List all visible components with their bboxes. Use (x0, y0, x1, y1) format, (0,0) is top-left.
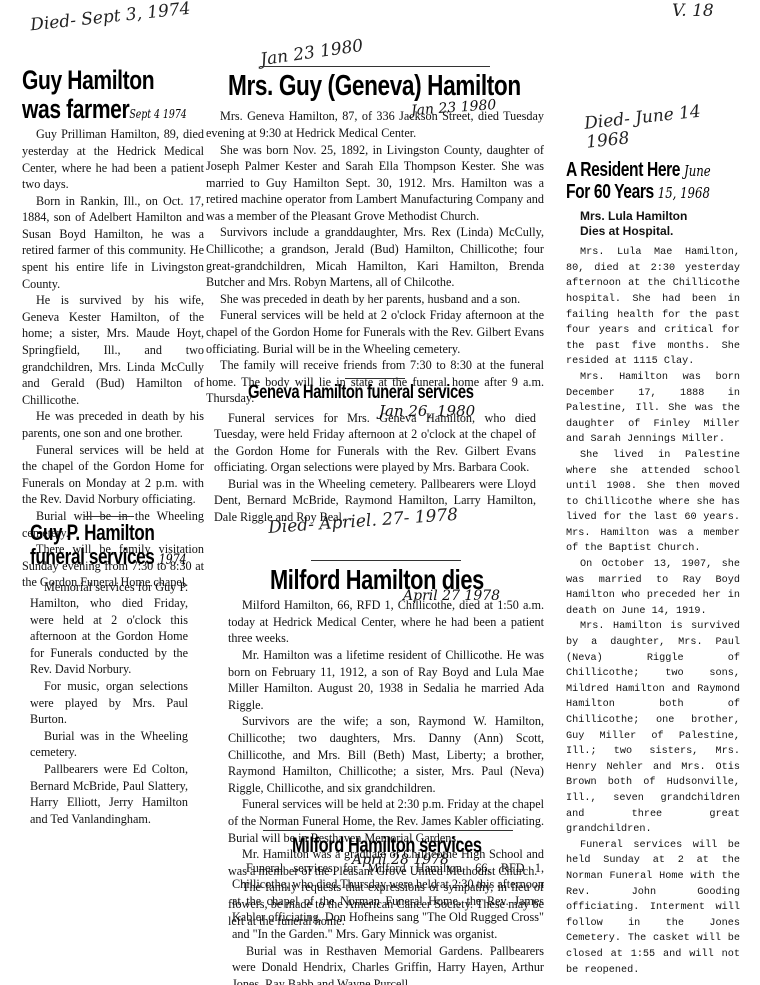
paragraph: Pallbearers were Ed Colton, Bernard McBr… (30, 761, 188, 827)
headline: Geneva Hamilton funeral services (248, 383, 473, 404)
paragraph: Funeral services will be held at 2 o'clo… (206, 307, 544, 357)
headline-line-2: was farmer (22, 94, 129, 124)
handwritten-date: 1974 (159, 552, 187, 568)
paragraph: She lived in Palestine where she attende… (566, 448, 740, 557)
clipping-guy-p-hamilton-services: Guy P. Hamilton funeral services 1974 Me… (30, 516, 188, 827)
paragraph: Survivors include a granddaughter, Mrs. … (206, 224, 544, 290)
note-text: Died- June 14 1968 (583, 102, 701, 153)
paragraph: He was preceded in death by his parents,… (22, 408, 204, 441)
paragraph: Funeral services for Milford Hamilton, 6… (232, 860, 544, 943)
paragraph: Mr. Hamilton was a lifetime resident of … (228, 647, 544, 713)
handwritten-note-volume: V. 18 (672, 2, 714, 21)
paragraph: Milford Hamilton, 66, RFD 1, Chillicothe… (228, 597, 544, 647)
headline: Mrs. Guy (Geneva) Hamilton (228, 71, 474, 102)
paragraph: Mrs. Lula Mae Hamilton, 80, died at 2:30… (566, 245, 740, 370)
paragraph: She was preceded in death by her parents… (206, 291, 544, 308)
article-body: Funeral services for Mrs. Geneva Hamilto… (214, 410, 536, 526)
subheadline: Mrs. Lula Hamilton Dies at Hospital. (580, 209, 740, 239)
paragraph: Burial was in the Wheeling cemetery. (30, 728, 188, 761)
paragraph: He is survived by his wife, Geneva Keste… (22, 292, 204, 408)
handwritten-date: April 27 1978 (403, 588, 500, 604)
paragraph: Guy Prilliman Hamilton, 89, died yesterd… (22, 126, 204, 192)
clipping-guy-hamilton-farmer: Guy Hamilton was farmerSept 4 1974 Guy P… (22, 66, 204, 591)
divider (84, 516, 134, 517)
handwritten-note-jan-23: Jan 23 1980 (259, 37, 364, 70)
article-body: Mrs. Geneva Hamilton, 87, of 336 Jackson… (206, 108, 544, 407)
paragraph: Memorial services for Guy P. Hamilton, w… (30, 579, 188, 679)
handwritten-date: Jan 26, 1980 (379, 402, 475, 420)
article-body: Funeral services for Milford Hamilton, 6… (232, 860, 544, 985)
paragraph: Funeral services for Mrs. Geneva Hamilto… (214, 410, 536, 476)
clipping-geneva-hamilton: Mrs. Guy (Geneva) Hamilton Jan 23 1980 M… (206, 66, 544, 407)
clipping-lula-hamilton: A Resident Here June For 60 Years 15, 19… (566, 160, 740, 978)
headline-line-2: funeral services (30, 544, 154, 569)
note-text: Died- Sept 3, 1974 (29, 0, 191, 35)
headline-line-1: A Resident Here (566, 159, 680, 181)
paragraph: Survivors are the wife; a son, Raymond W… (228, 713, 544, 796)
paragraph: For music, organ selections were played … (30, 678, 188, 728)
headline: A Resident Here June For 60 Years 15, 19… (566, 160, 702, 203)
article-body: Memorial services for Guy P. Hamilton, w… (30, 579, 188, 828)
paragraph: Burial was in the Wheeling cemetery. Pal… (214, 476, 536, 526)
subheadline-line-2: Dies at Hospital. (580, 224, 740, 239)
paragraph: Born in Rankin, Ill., on Oct. 17, 1884, … (22, 193, 204, 293)
note-text: V. 18 (672, 1, 714, 21)
handwritten-note-died-june: Died- June 14 1968 (583, 101, 716, 152)
handwritten-date: Sept 4 1974 (129, 107, 186, 121)
paragraph: Mrs. Geneva Hamilton, 87, of 336 Jackson… (206, 108, 544, 141)
subheadline-line-1: Mrs. Lula Hamilton (580, 209, 740, 224)
divider (311, 560, 461, 561)
headline: Guy Hamilton was farmerSept 4 1974 (22, 66, 164, 124)
handwritten-date: April 28 1978 (352, 852, 449, 868)
note-text: Jan 23 1980 (259, 36, 364, 70)
paragraph: Mrs. Hamilton is survived by a daughter,… (566, 619, 740, 837)
paragraph: Burial was in Resthaven Memorial Gardens… (232, 943, 544, 985)
paragraph: Mrs. Hamilton was born December 17, 1888… (566, 370, 740, 448)
handwritten-date: 15, 1968 (658, 184, 710, 202)
handwritten-date: June (684, 162, 711, 180)
handwritten-note-died-sept: Died- Sept 3, 1974 (29, 0, 191, 35)
headline-line-1: Guy Hamilton (22, 66, 164, 95)
headline: Guy P. Hamilton funeral services 1974 (30, 521, 153, 569)
paragraph: She was born Nov. 25, 1892, in Livingsto… (206, 142, 544, 225)
paragraph: Funeral services will be held Sunday at … (566, 838, 740, 978)
paragraph: On October 13, 1907, she was married to … (566, 557, 740, 619)
divider (345, 378, 405, 379)
headline-line-2: For 60 Years (566, 181, 654, 203)
headline-line-1: Guy P. Hamilton (30, 521, 153, 545)
clipping-geneva-hamilton-services: Geneva Hamilton funeral services Jan 26,… (214, 378, 536, 526)
article-body: Mrs. Lula Mae Hamilton, 80, died at 2:30… (566, 245, 740, 978)
clipping-milford-hamilton-services: Milford Hamilton services April 28 1978 … (232, 830, 544, 985)
paragraph: Funeral services will be held at the cha… (22, 442, 204, 508)
divider (263, 830, 513, 831)
divider (260, 66, 490, 67)
